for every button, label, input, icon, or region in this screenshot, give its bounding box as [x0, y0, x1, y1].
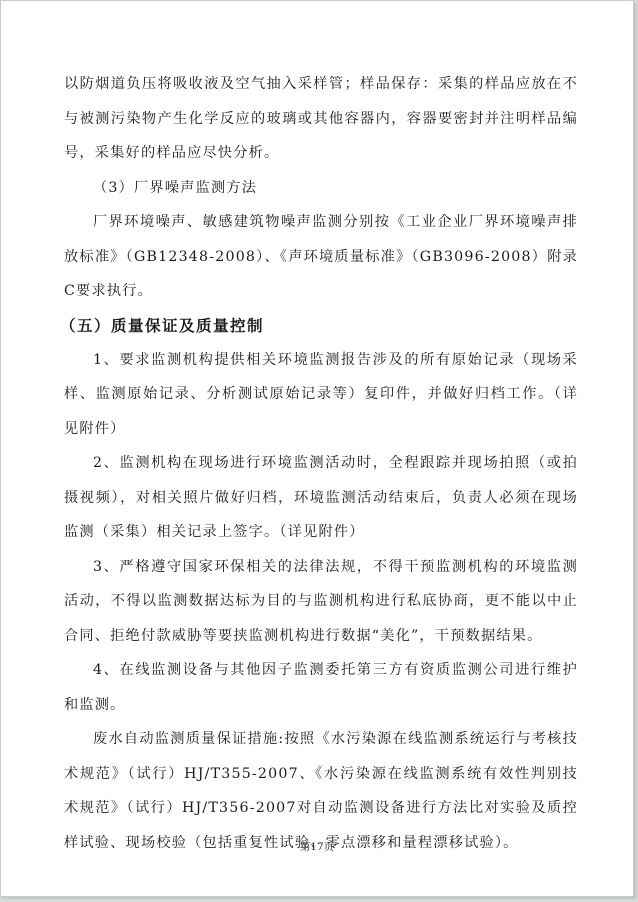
paragraph-item-4: 4、在线监测设备与其他因子监测委托第三方有资质监测公司进行维护和监测。 [64, 653, 578, 722]
document-page: 以防烟道负压将吸收液及空气抽入采样管；样品保存：采集的样品应放在不与被测污染物产… [0, 0, 634, 897]
section-heading-quality-control: （五）质量保证及质量控制 [60, 309, 578, 343]
page-body: 以防烟道负压将吸收液及空气抽入采样管；样品保存：采集的样品应放在不与被测污染物产… [64, 67, 578, 860]
paragraph-noise-standards: 厂界环境噪声、敏感建筑物噪声监测分别按《工业企业厂界环境噪声排放标准》（GB12… [64, 205, 578, 309]
paragraph-item-2: 2、监测机构在现场进行环境监测活动时，全程跟踪并现场拍照（或拍摄视频），对相关照… [64, 446, 578, 550]
subheading-noise-monitoring: （3）厂界噪声监测方法 [64, 171, 578, 206]
paragraph-item-3: 3、严格遵守国家环保相关的法律法规，不得干预监测机构的环境监测活动，不得以监测数… [64, 550, 578, 654]
paragraph-sample-storage: 以防烟道负压将吸收液及空气抽入采样管；样品保存：采集的样品应放在不与被测污染物产… [64, 67, 578, 171]
page-number: 第17页 [1, 839, 633, 854]
paragraph-item-1: 1、要求监测机构提供相关环境监测报告涉及的所有原始记录（现场采样、监测原始记录、… [64, 343, 578, 447]
